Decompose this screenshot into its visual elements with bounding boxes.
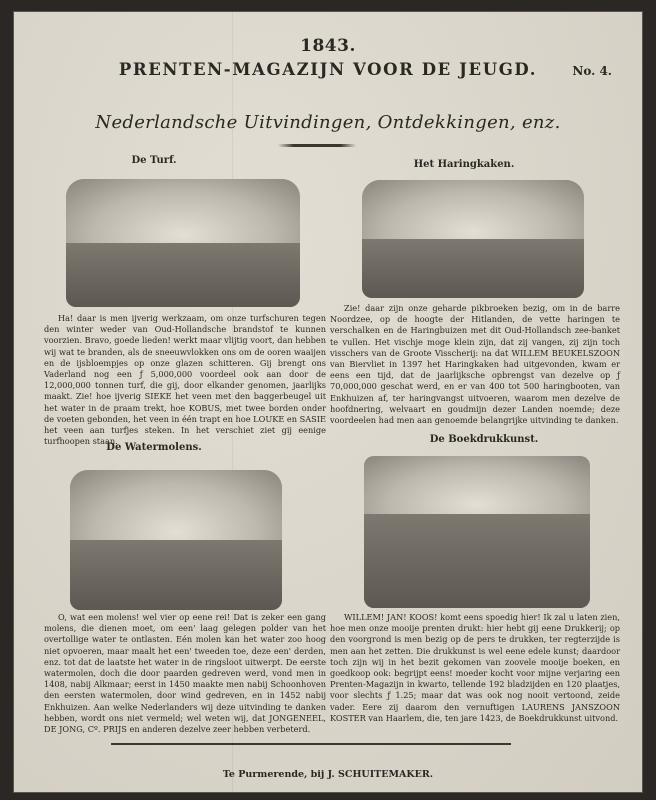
- section-title-watermolens: De Watermolens.: [84, 442, 224, 453]
- illustration-watermolens: [70, 470, 282, 610]
- page-subtitle: Nederlandsche Uitvindingen, Ontdekkingen…: [14, 112, 642, 133]
- section-title-turf: De Turf.: [94, 155, 214, 166]
- decorative-flourish: [278, 144, 356, 147]
- section-text-boekdrukkunst: WILLEM! JAN! KOOS! komt eens spoedig hie…: [330, 612, 620, 724]
- section-title-boekdrukkunst: De Boekdrukkunst.: [414, 434, 554, 445]
- printed-sheet: 1843. PRENTEN-MAGAZIJN VOOR DE JEUGD. No…: [14, 12, 642, 792]
- publisher-imprint: Te Purmerende, bij J. SCHUITEMAKER.: [14, 769, 642, 780]
- issue-number: No. 4.: [572, 64, 612, 78]
- section-text-watermolens: O, wat een molens! wel vier op eene rei!…: [44, 612, 326, 735]
- section-text-turf: Ha! daar is men ijverig werkzaam, om onz…: [44, 313, 326, 447]
- illustration-boekdrukkunst: [364, 456, 590, 608]
- year-heading: 1843.: [14, 36, 642, 56]
- section-title-haringkaken: Het Haringkaken.: [394, 159, 534, 170]
- section-text-haringkaken: Zie! daar zijn onze geharde pikbroeken b…: [330, 303, 620, 426]
- illustration-turf: [66, 179, 300, 307]
- footer-rule: [111, 743, 511, 745]
- page-title: PRENTEN-MAGAZIJN VOOR DE JEUGD.: [14, 60, 642, 79]
- illustration-haringkaken: [362, 180, 584, 298]
